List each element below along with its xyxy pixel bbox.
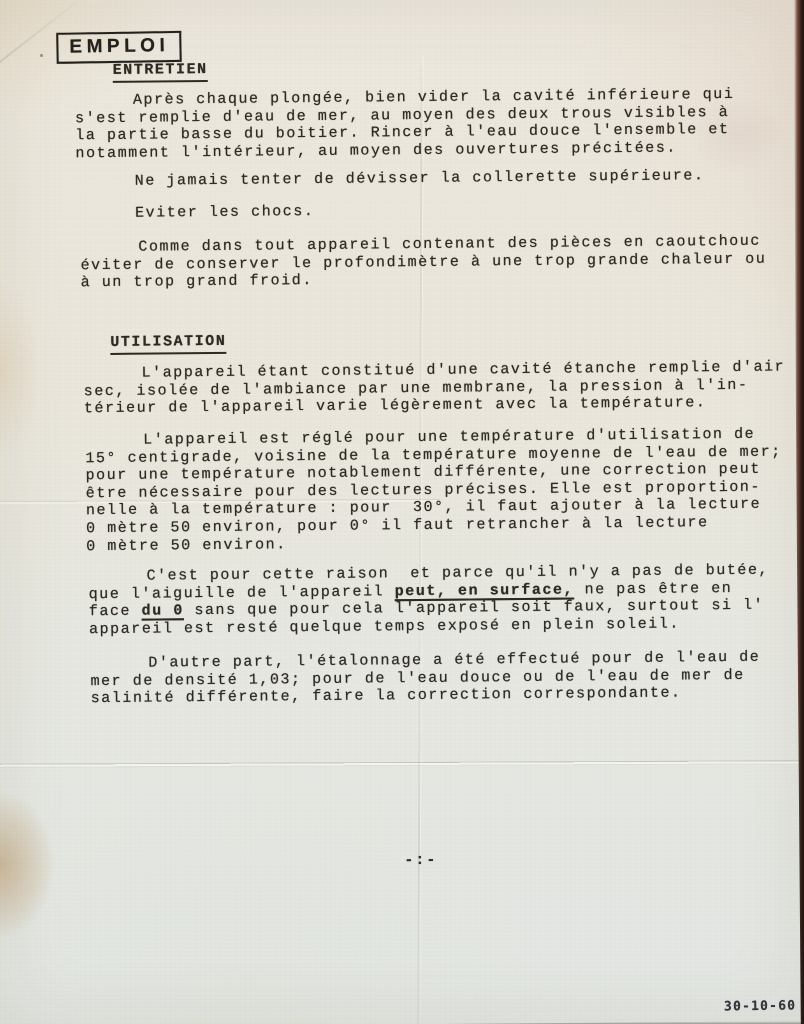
- emploi-stamp-box: EMPLOI: [56, 31, 181, 64]
- section-heading-entretien: ENTRETIEN: [113, 61, 208, 83]
- date-stamp: 30-10-60: [724, 998, 796, 1014]
- section-heading-utilisation: UTILISATION: [110, 333, 226, 355]
- typewritten-content: EMPLOI ENTRETIEN Après chaque plongée, b…: [0, 0, 804, 1024]
- note-underlined-peut-en-surface: peut, en surface,: [395, 581, 575, 600]
- end-separator: -:-: [404, 852, 437, 870]
- paragraph-avoid-shocks: Eviter les chocs.: [77, 203, 315, 223]
- emploi-stamp-label: EMPLOI: [69, 35, 169, 58]
- paragraph-needle-surface-note: C'est pour cette raison et parce qu'il n…: [88, 562, 769, 639]
- paragraph-never-unscrew: Ne jamais tenter de dévisser la colleret…: [77, 167, 705, 191]
- paragraph-calibration-density: D'autre part, l'étalonnage a été effectu…: [90, 649, 760, 708]
- paragraph-sealed-cavity: L'appareil étant constitué d'une cavité …: [84, 358, 786, 418]
- paragraph-rubber-parts-temperature: Comme dans tout appareil contenant des p…: [80, 233, 766, 292]
- scanned-document-photo: EMPLOI ENTRETIEN Après chaque plongée, b…: [0, 0, 804, 1024]
- note-underlined-du-0: du 0: [142, 602, 184, 619]
- note-text-after: sans que pour cela l'appareil soit faux,…: [89, 597, 764, 638]
- paragraph-rinse-after-dive: Après chaque plongée, bien vider la cavi…: [75, 86, 735, 163]
- paragraph-temperature-correction: L'appareil est réglé pour une températur…: [85, 426, 783, 556]
